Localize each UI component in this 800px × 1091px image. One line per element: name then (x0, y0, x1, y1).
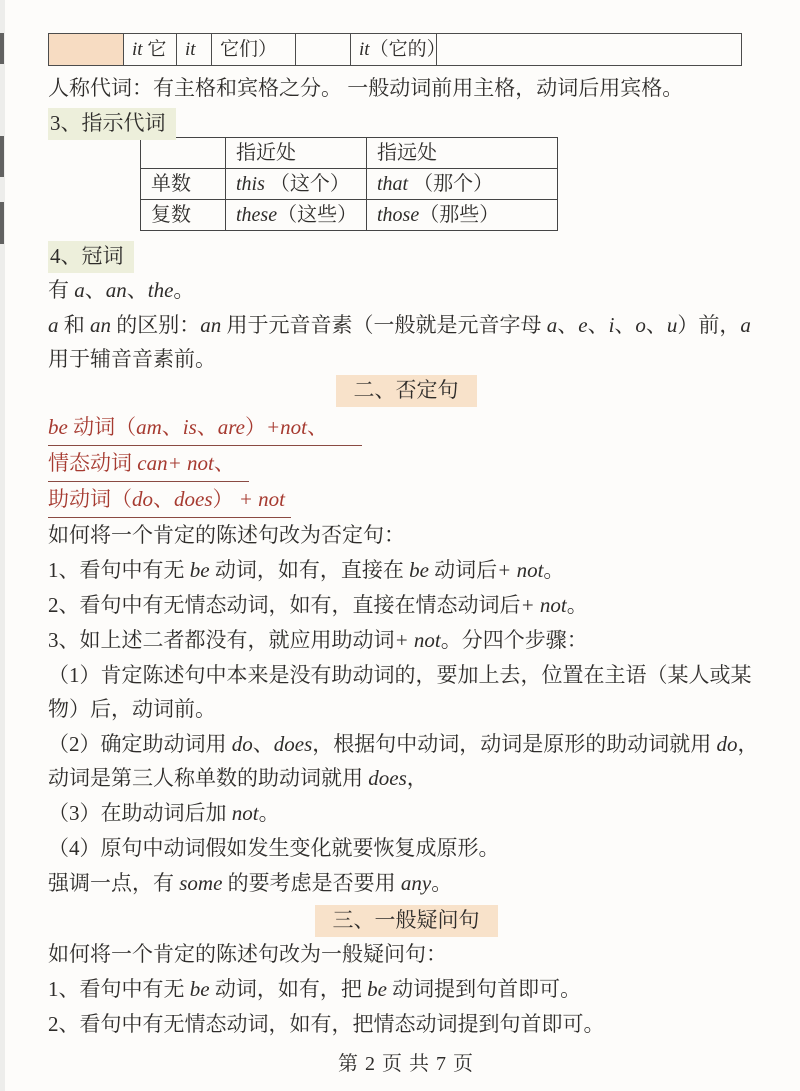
section-demonstrative: 3、指示代词 指近处 指远处 单数 this （这个） that （那个） 复数… (48, 106, 764, 231)
list-item: （2）确定助动词用 do、does，根据句中动词，动词是原形的助动词就用 do，… (48, 727, 764, 795)
rule-line-modal-verb: 情态动词 can+ not、 (48, 446, 764, 482)
table-cell: 指近处 (226, 138, 367, 169)
section-heading-demonstrative: 3、指示代词 (48, 108, 176, 140)
text-line: a 和 an 的区别：an 用于元音音素（一般就是元音字母 a、e、i、o、u）… (48, 308, 764, 376)
table-cell (437, 34, 742, 66)
list-item: 2、看句中有无情态动词，如有，直接在情态动词后+ not。 (48, 588, 764, 622)
table-cell: these（这些） (226, 200, 367, 231)
table-cell: this （这个） (226, 169, 367, 200)
personal-pronoun-table: it 它 it 它们） it（它的） (48, 33, 742, 66)
demonstrative-pronoun-table: 指近处 指远处 单数 this （这个） that （那个） 复数 these（… (140, 137, 558, 231)
list-item: 3、如上述二者都没有，就应用助动词+ not。分四个步骤： (48, 623, 764, 657)
scan-artifact-mark (0, 33, 4, 64)
table-cell: 它们） (212, 34, 296, 66)
table-cell: that （那个） (367, 169, 558, 200)
table-cell: it (177, 34, 212, 66)
table-cell: it（它的） (351, 34, 437, 66)
table-cell (296, 34, 351, 66)
table-cell: 单数 (141, 169, 226, 200)
list-item: 1、看句中有无 be 动词，如有，直接在 be 动词后+ not。 (48, 553, 764, 587)
scan-artifact-mark (0, 136, 4, 177)
table-cell: 复数 (141, 200, 226, 231)
section-article: 4、冠词 有 a、an、the。 a 和 an 的区别：an 用于元音音素（一般… (48, 239, 764, 376)
text-line: 如何将一个肯定的陈述句改为一般疑问句： (48, 937, 764, 971)
text-line: 如何将一个肯定的陈述句改为否定句： (48, 518, 764, 552)
list-item: （1）肯定陈述句中本来是没有助动词的，要加上去，位置在主语（某人或某物）后，动词… (48, 658, 764, 726)
section-general-question: 三、一般疑问句 如何将一个肯定的陈述句改为一般疑问句： 1、看句中有无 be 动… (48, 905, 764, 1041)
list-item: 强调一点，有 some 的要考虑是否要用 any。 (48, 866, 764, 900)
page-number: 第 2 页 共 7 页 (48, 1047, 764, 1076)
rule-line-auxiliary-verb: 助动词（do、does） + not (48, 482, 764, 518)
section-heading-row: 二、否定句 (48, 375, 764, 407)
table-row: 单数 this （这个） that （那个） (141, 169, 558, 200)
personal-pronoun-note: 人称代词：有主格和宾格之分。 一般动词前用主格，动词后用宾格。 (48, 71, 764, 105)
table-cell: it 它 (124, 34, 177, 66)
section-heading-article: 4、冠词 (48, 241, 134, 273)
section-heading-negative: 二、否定句 (336, 375, 477, 407)
section-heading-row: 三、一般疑问句 (48, 905, 764, 937)
table-cell: those（那些） (367, 200, 558, 231)
list-item: 1、看句中有无 be 动词，如有，把 be 动词提到句首即可。 (48, 972, 764, 1006)
section-heading-general-question: 三、一般疑问句 (315, 905, 498, 937)
scan-artifact-mark (0, 202, 4, 244)
table-cell: 指远处 (367, 138, 558, 169)
table-row: 复数 these（这些） those（那些） (141, 200, 558, 231)
section-negative: 二、否定句 be 动词（am、is、are）+not、 情态动词 can+ no… (48, 375, 764, 900)
list-item: （4）原句中动词假如发生变化就要恢复成原形。 (48, 831, 764, 865)
list-item: （3）在助动词后加 not。 (48, 796, 764, 830)
table-cell (141, 138, 226, 169)
table-row: it 它 it 它们） it（它的） (49, 34, 742, 66)
rule-line-be-verb: be 动词（am、is、are）+not、 (48, 410, 764, 446)
table-row: 指近处 指远处 (141, 138, 558, 169)
list-item: 2、看句中有无情态动词，如有，把情态动词提到句首即可。 (48, 1007, 764, 1041)
text-line: 有 a、an、the。 (48, 273, 764, 307)
table-cell (49, 34, 124, 66)
document-page: it 它 it 它们） it（它的） 人称代词：有主格和宾格之分。 一般动词前用… (48, 0, 764, 1076)
